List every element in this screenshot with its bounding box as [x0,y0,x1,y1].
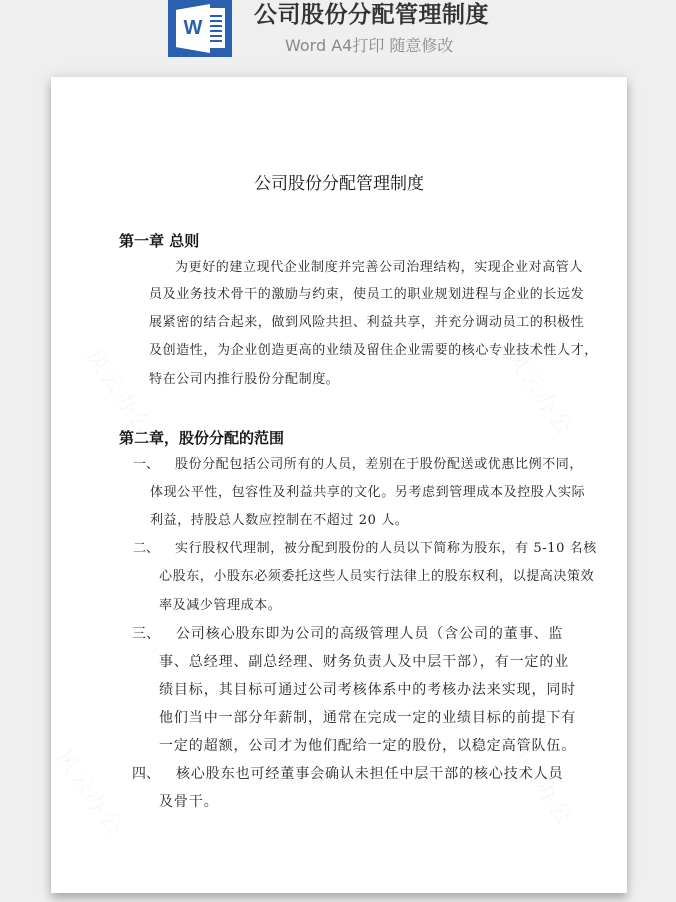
list-marker: 三、 [132,625,160,643]
word-cover-graphic: W [176,4,210,53]
document-title: 公司股份分配管理制度 [51,173,627,195]
list-item-line: 股份分配包括公司所有的人员，差别在于股份配送或优惠比例不同， [175,456,583,474]
list-marker: 二、 [133,540,159,558]
document-page: 风云办公 风云办公 风云办公 风云办公 公司股份分配管理制度 第一章 总则 为更… [51,77,627,893]
list-item-line: 事、总经理、副总经理、财务负责人及中层干部），有一定的业 [159,653,569,671]
list-item-line: 公司核心股东即为公司的高级管理人员（含公司的董事、监 [176,625,563,643]
paragraph-line: 及创造性，为企业创造更高的业绩及留住企业需要的核心专业技术性人才， [149,342,598,360]
list-item-line: 绩目标，其目标可通过公司考核体系中的考核办法来实现，同时 [159,681,576,699]
banner-subtitle: Word A4打印 随意修改 [285,34,453,58]
list-item-line: 及骨干。 [159,793,219,811]
paragraph-line: 特在公司内推行股份分配制度。 [149,371,339,389]
list-item-line: 率及减少管理成本。 [159,597,281,615]
header-banner: W 公司股份分配管理制度 Word A4打印 随意修改 [0,0,676,62]
list-item-line: 一定的超额，公司才为他们配给一定的股份，以稳定高管队伍。 [159,737,576,755]
list-item-line: 体现公平性，包容性及利益共享的文化。另考虑到管理成本及控股人实际 [150,484,585,502]
list-marker: 四、 [132,765,160,783]
list-item-line: 心股东，小股东必须委托这些人员实行法律上的股东权利，以提高决策效 [159,568,594,586]
paragraph-line: 展紧密的结合起来，做到风险共担、利益共享，并充分调动员工的积极性 [149,314,584,332]
list-marker: 一、 [133,456,159,474]
paragraph-line: 为更好的建立现代企业制度并完善公司治理结构，实现企业对高管人 [175,259,583,277]
paragraph-line: 员及业务技术骨干的激励与约束，使员工的职业规划进程与企业的长远发 [149,286,584,304]
list-item-line: 他们当中一部分年薪制，通常在完成一定的业绩目标的前提下有 [159,709,576,727]
word-letter: W [180,18,206,38]
list-item-line: 实行股权代理制，被分配到股份的人员以下简称为股东，有 5-10 名核 [175,540,597,558]
watermark: 风云办公 [51,743,132,843]
list-item-line: 核心股东也可经董事会确认未担任中层干部的核心技术人员 [176,765,563,783]
chapter-1-heading: 第一章 总则 [119,230,199,252]
chapter-2-heading: 第二章，股份分配的范围 [119,427,284,449]
list-item-line: 利益，持股总人数应控制在不超过 20 人。 [150,512,408,530]
word-icon: W [168,0,232,57]
banner-title: 公司股份分配管理制度 [254,0,489,30]
